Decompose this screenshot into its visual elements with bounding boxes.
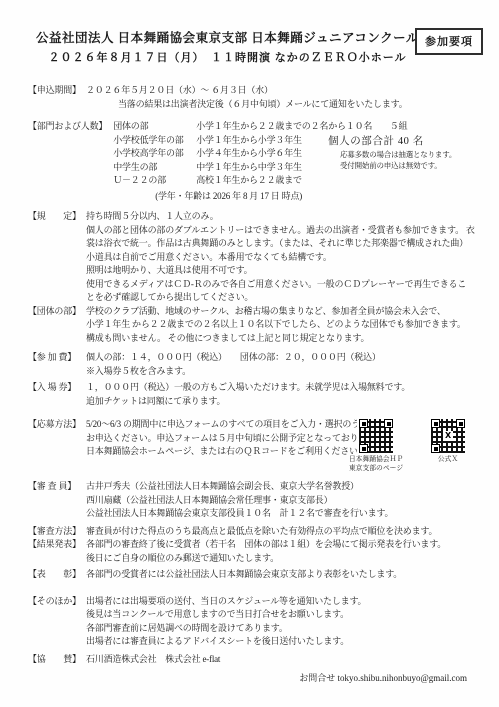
document-page: 公益社団法人 日本舞踊協会東京支部 日本舞踊ジュニアコンクール 参加要項 ２０２…: [0, 0, 499, 707]
section-apply-method: 【応募方法】 5/20～6/3 の期間中に申込フォームのすべての項目をご入力・選…: [28, 418, 481, 476]
section-apply-period: 【申込期間】 ２０２６年５月２０日（水）～ ６月３日（水） 当落の結果は出演者決…: [28, 84, 481, 111]
judge-line: 古井戸秀夫（公益社団法人日本舞踊協会副会長、東京大学名誉教授）: [86, 480, 481, 494]
judges-label: 【審 査 員】: [28, 480, 86, 494]
text-line: 構成も問いません。 その他につきましては上記と同じ規定となります。: [86, 332, 481, 346]
section-entry-fee: 【参 加 費】 個人の部：１４，０００円（税込） 団体の部：２０，０００円（税込…: [28, 351, 481, 378]
age-reference-note: (学年・年齢は 2026 年 8 月 17 日 時点): [155, 190, 481, 204]
text-line: 各部門審査前に居処調べの時間を設けてあります。: [86, 622, 481, 636]
apply-period-note: 当落の結果は出演者決定後（６月中旬頃）メールにて通知をいたします。: [118, 98, 481, 112]
text-line: 各部門の受賞者には公益社団法人日本舞踊協会東京支部より表彰をいたします。: [86, 568, 481, 582]
qr-hp-caption: 日本舞踊協会ＨＰ 東京支部のページ: [349, 456, 403, 474]
ticket-extra-line: 追加チケットは同額にて承ります。: [86, 395, 481, 409]
section-admission-ticket: 【入 場 券】 １，０００円（税込）一般の方もご入場いただけます。未就学児は入場…: [28, 381, 481, 408]
division-name: Ｕ－２２の部: [113, 174, 196, 188]
judge-line: 公益社団法人日本舞踊協会東京支部役員１０名 計１２名で審査を行います。: [86, 507, 481, 521]
text-line: 持ち時間５分以内、１人立のみ。: [86, 210, 481, 224]
division-desc: 小学１年生から２２歳までの２名から１０名 ５組: [196, 120, 407, 134]
text-line: 出場者には審査員によるアドバイスシートを後日送付いたします。: [86, 635, 481, 649]
participation-guide-badge: 参加要項: [415, 28, 483, 55]
entry-fee-label: 【参 加 費】: [28, 351, 86, 365]
qr-x-caption: 公式Ｘ: [438, 456, 458, 465]
division-name: 中学生の部: [113, 161, 196, 175]
division-name: 小学校高学年の部: [113, 147, 196, 161]
section-sponsor: 【協 賛】 石川酒造株式会社 株式会社 e-flat: [28, 653, 481, 667]
section-award: 【表 彰】 各部門の受賞者には公益社団法人日本舞踊協会東京支部より表彰をいたしま…: [28, 568, 481, 582]
text-line: とを必ず確認してから提出してください。: [86, 291, 481, 305]
text-line: 個人の部と団体の部のダブルエントリーはできません。過去の出演者・受賞者も参加でき…: [86, 224, 481, 238]
section-divisions: 【部門および人数】 団体の部 小学１年生から２２歳までの２名から１０名 ５組 小…: [28, 120, 481, 203]
results-label: 【結果発表】: [28, 538, 86, 552]
qr-code-hp-icon: [359, 419, 393, 453]
judge-line: 西川扇藏（公益社団法人日本舞踊協会常任理事・東京支部長）: [86, 494, 481, 508]
section-rules: 【規 定】 持ち時間５分以内、１人立のみ。 個人の部と団体の部のダブルエントリー…: [28, 210, 481, 305]
others-label: 【そのほか】: [28, 595, 86, 609]
document-header: 公益社団法人 日本舞踊協会東京支部 日本舞踊ジュニアコンクール 参加要項 ２０２…: [28, 30, 481, 66]
apply-period-dates: ２０２６年５月２０日（水）～ ６月３日（水）: [86, 84, 481, 98]
x-logo-icon: X: [443, 431, 453, 441]
division-desc: 中学１年生から中学３年生: [196, 161, 302, 175]
entry-fee-amounts: 個人の部：１４，０００円（税込） 団体の部：２０，０００円（税込）: [86, 351, 481, 365]
division-row: 団体の部 小学１年生から２２歳までの２名から１０名 ５組: [113, 120, 481, 134]
individual-total-box: 個人の部合計 40 名 応募多数の場合は抽選となります。 受付開始前の申込は無効…: [310, 135, 499, 172]
invalid-entry-note: 受付開始前の申込は無効です。: [340, 160, 499, 172]
entry-fee-note: ※入場券５枚を含みます。: [86, 365, 481, 379]
text-line: 使用できるメディアはＣＤ-Ｒのみで各自ご用意ください。一般のＣＤプレーヤーで再生…: [86, 278, 481, 292]
division-name: 団体の部: [113, 120, 196, 134]
individual-total: 個人の部合計 40 名: [328, 135, 499, 149]
award-label: 【表 彰】: [28, 568, 86, 582]
judging-method-label: 【審査方法】: [28, 525, 86, 539]
document-title: 公益社団法人 日本舞踊協会東京支部 日本舞踊ジュニアコンクール: [36, 30, 419, 47]
section-group-division: 【団体の部】 学校のクラブ活動、地域のサークル、お稽古場の集まりなど、参加者全員…: [28, 305, 481, 346]
ticket-price-line: １，０００円（税込）一般の方もご入場いただけます。未就学児は入場無料です。: [86, 381, 481, 395]
text-line: 後見は当コンクールで用意しますので当日打合せをお願いします。: [86, 608, 481, 622]
section-judges: 【審 査 員】 古井戸秀夫（公益社団法人日本舞踊協会副会長、東京大学名誉教授） …: [28, 480, 481, 521]
text-line: 小学１年生 から２２歳までの２名以上１０名以下でしたら、どのような団体でも参加で…: [86, 318, 481, 332]
text-line: 裳は浴衣で統一。作品は古典舞踊のみとします。（または、それに準じた邦楽器で構成さ…: [86, 237, 481, 251]
text-line: 小道具は自前でご用意ください。本番用でなくても結構です。: [86, 251, 481, 265]
qr-code-x-icon: X: [431, 419, 465, 453]
qr-item-hp: 日本舞踊協会ＨＰ 東京支部のページ: [347, 419, 405, 474]
text-line: 照明は地明かり、大道具は使用不可です。: [86, 264, 481, 278]
text-line: 後日にご自身の順位のみ郵送で通知いたします。: [86, 552, 481, 566]
sponsor-label: 【協 賛】: [28, 653, 86, 667]
contact-line: お問合せ tokyo.shibu.nihonbuyo@gmail.com: [28, 671, 481, 684]
rules-label: 【規 定】: [28, 210, 86, 224]
lottery-note: 応募多数の場合は抽選となります。: [340, 149, 499, 161]
division-name: 小学校低学年の部: [113, 134, 196, 148]
division-desc: 小学１年生から小学３年生: [196, 134, 302, 148]
division-desc: 高校１年生から２２歳まで: [196, 174, 302, 188]
text-line: 出場者には出場要項の送付、当日のスケジュール等を通知いたします。: [86, 595, 481, 609]
division-row: Ｕ－２２の部 高校１年生から２２歳まで: [113, 174, 481, 188]
division-desc: 小学４年生から小学６年生: [196, 147, 302, 161]
event-date-line: ２０２６年８月１７日（月） １１時開演 なかのＺＥＲＯ小ホール: [36, 51, 419, 66]
group-division-label: 【団体の部】: [28, 305, 86, 319]
section-others: 【そのほか】 出場者には出場要項の送付、当日のスケジュール等を通知いたします。 …: [28, 595, 481, 649]
section-results: 【結果発表】 各部門の審査終了後に受賞者（若干名 団体の部は１組）を会場にて掲示…: [28, 538, 481, 565]
text-line: 審査員が付けた得点のうち最高点と最低点を除いた有効得点の平均点で順位を決めます。: [86, 525, 481, 539]
qr-item-x: X 公式Ｘ: [419, 419, 477, 474]
apply-period-label: 【申込期間】: [28, 84, 86, 98]
apply-method-label: 【応募方法】: [28, 418, 86, 432]
qr-code-area: 日本舞踊協会ＨＰ 東京支部のページ X 公式Ｘ: [347, 419, 477, 474]
admission-ticket-label: 【入 場 券】: [28, 381, 86, 395]
divisions-label: 【部門および人数】: [28, 120, 107, 134]
sponsor-names: 石川酒造株式会社 株式会社 e-flat: [86, 653, 481, 667]
text-line: 学校のクラブ活動、地域のサークル、お稽古場の集まりなど、参加者全員が協会未入会で…: [86, 305, 481, 319]
text-line: 各部門の審査終了後に受賞者（若干名 団体の部は１組）を会場にて掲示発表を行います…: [86, 538, 481, 552]
section-judging-method: 【審査方法】 審査員が付けた得点のうち最高点と最低点を除いた有効得点の平均点で順…: [28, 525, 481, 539]
